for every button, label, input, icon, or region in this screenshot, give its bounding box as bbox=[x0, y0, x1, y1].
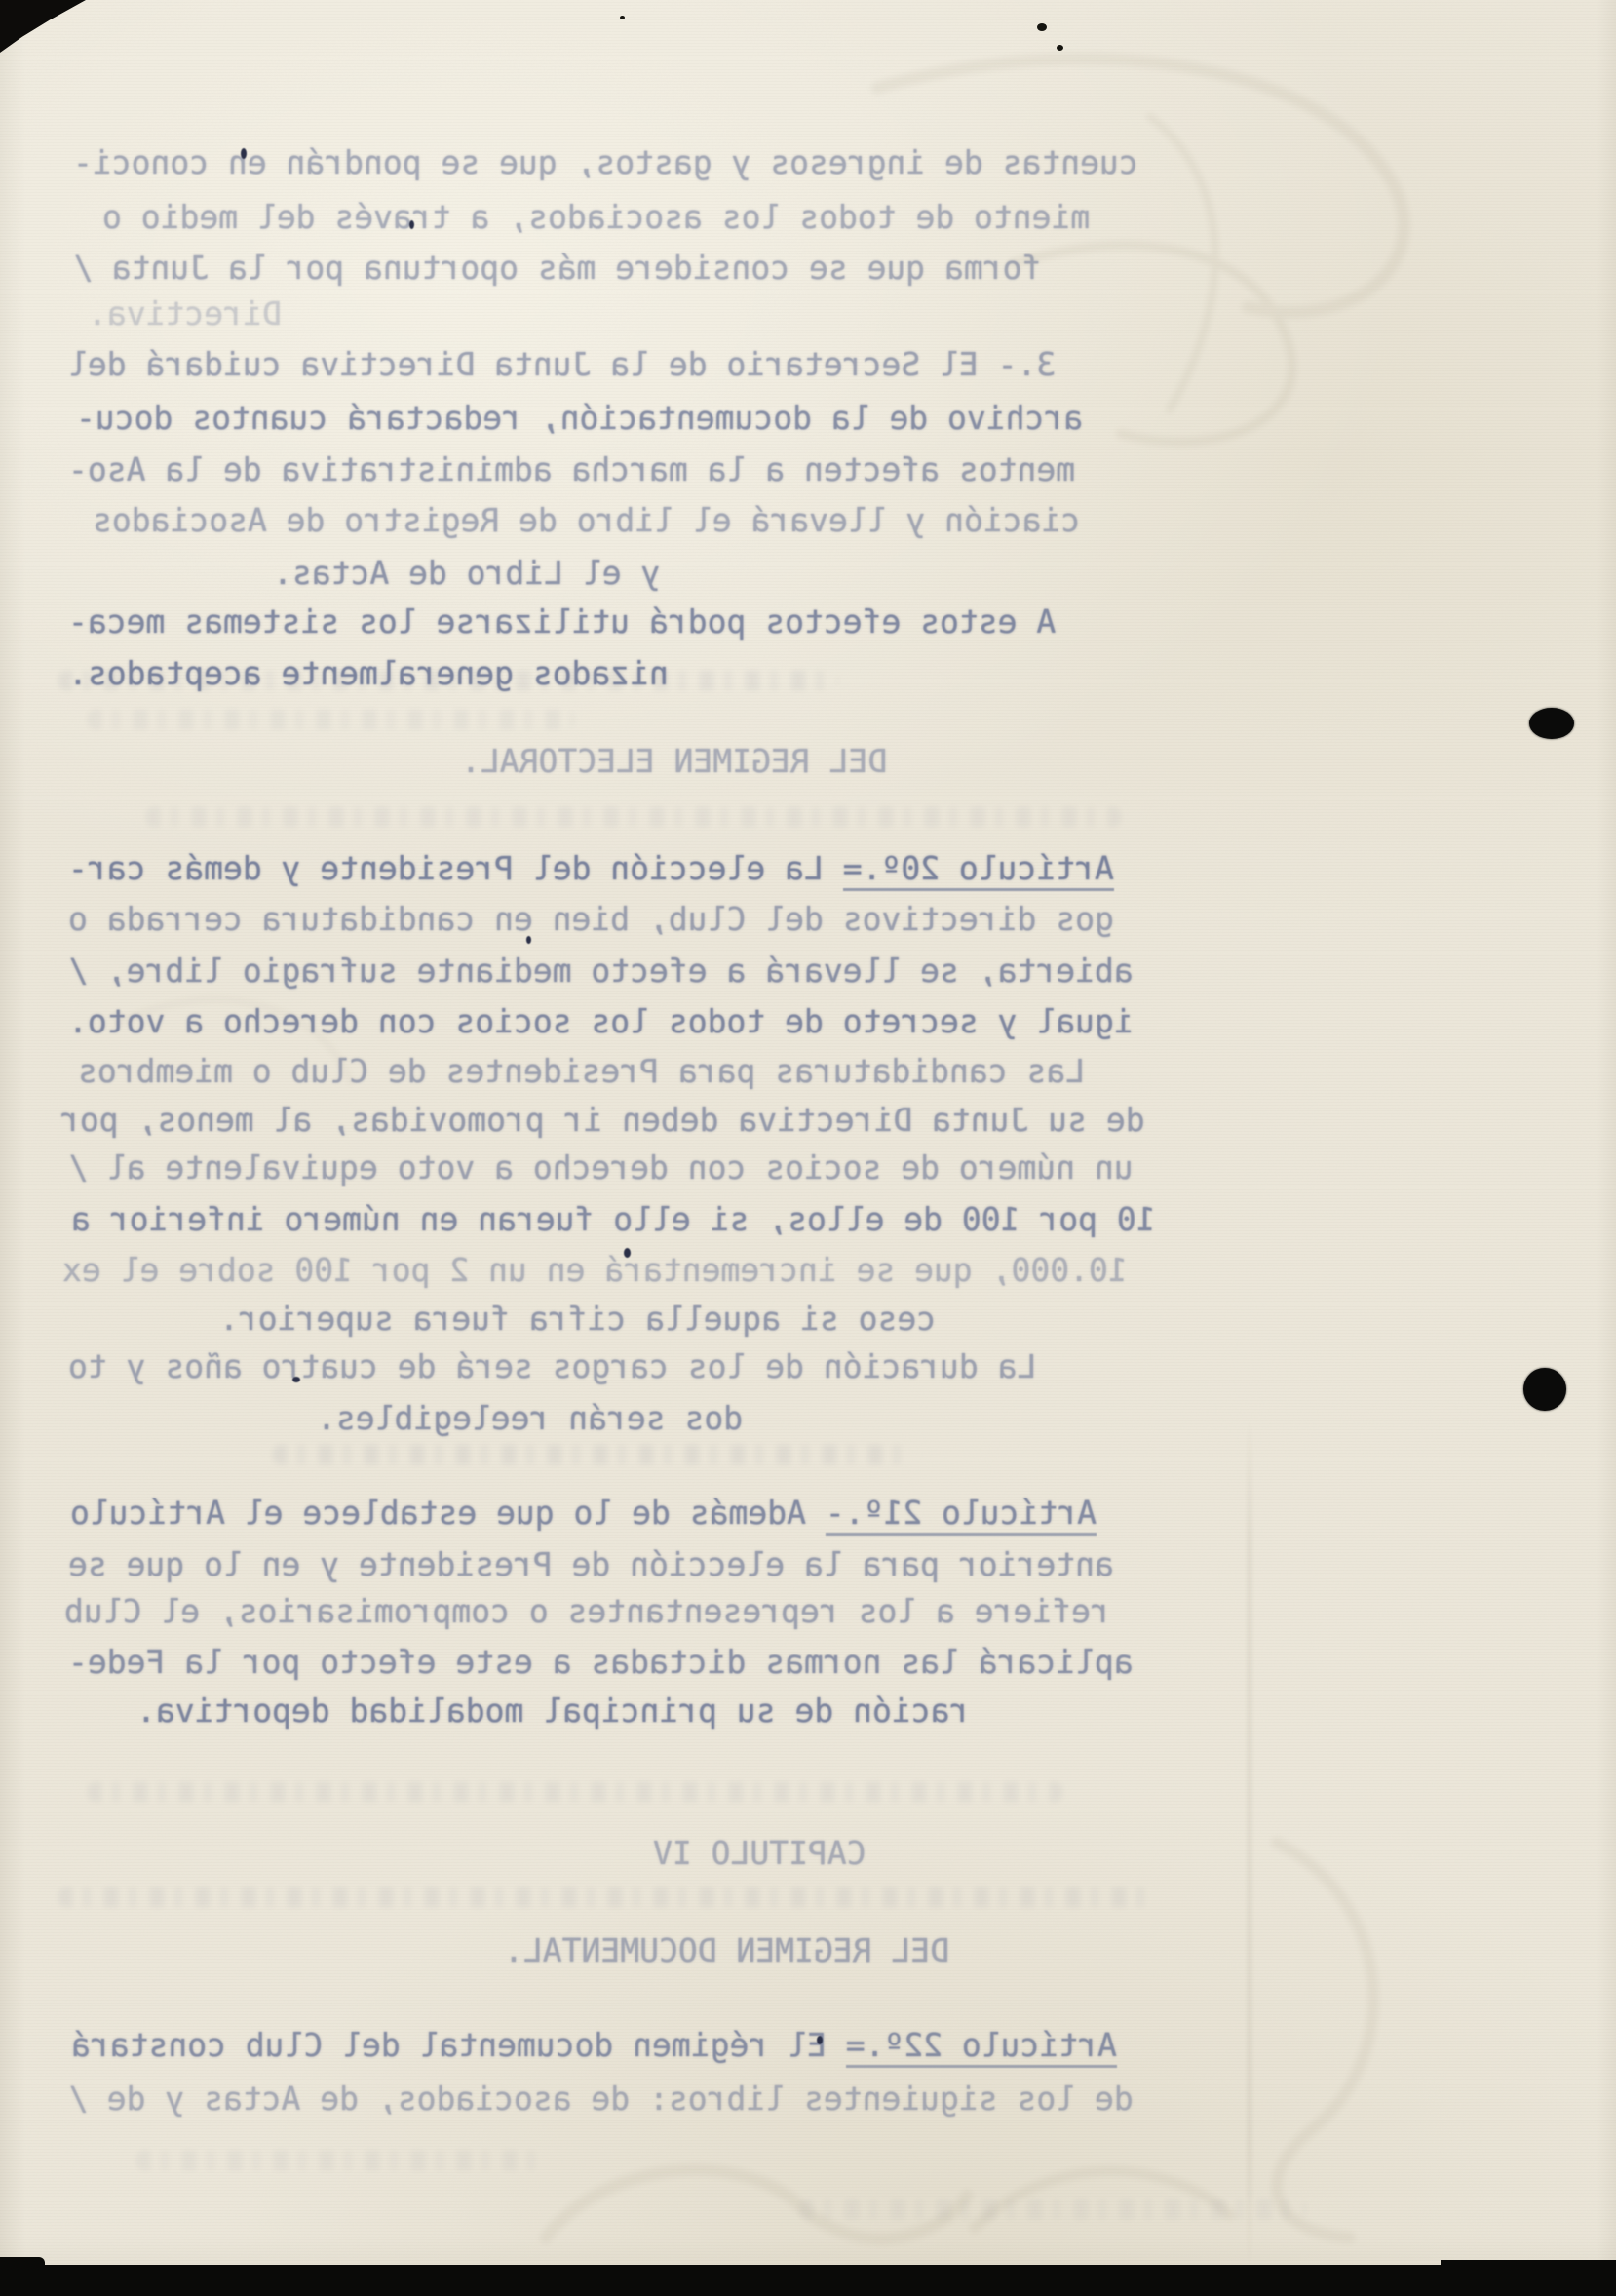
scanned-document-page: cuentas de ingresos y gastos, que se pon… bbox=[0, 0, 1616, 2296]
mirrored-typewritten-text-layer: cuentas de ingresos y gastos, que se pon… bbox=[0, 0, 1616, 2296]
typed-line: Las candidaturas para Presidentes de Clu… bbox=[78, 1055, 1085, 1088]
typed-line: DEL REGIMEN ELECTORAL. bbox=[461, 745, 887, 778]
typed-line: archivo de la documentación, redactará c… bbox=[76, 402, 1083, 435]
ink-speck bbox=[292, 1377, 300, 1382]
ink-speck bbox=[409, 220, 414, 229]
typed-line: mentos afecten a la marcha administrativ… bbox=[68, 453, 1075, 486]
underlined-article-number: Artículo 20º.= bbox=[843, 849, 1114, 891]
typed-line: CAPITULO IV bbox=[653, 1837, 866, 1870]
ink-speck bbox=[241, 148, 247, 159]
ink-speck bbox=[817, 2036, 823, 2044]
typed-line: 3.- El Secretario de la Junta Directiva … bbox=[68, 348, 1056, 381]
ink-speck bbox=[624, 1248, 631, 1258]
typed-line: de su Junta Directiva deben ir promovida… bbox=[60, 1104, 1145, 1137]
hole-punch-dot bbox=[1523, 1368, 1566, 1411]
typed-line: Artículo 20º.= La elección del President… bbox=[68, 852, 1114, 885]
typed-line: refiere a los representantes o compromis… bbox=[64, 1595, 1110, 1628]
typed-line: nizados generalmente aceptados. bbox=[68, 657, 669, 690]
typed-line: 10 por 100 de ellos, si ello fueran en n… bbox=[71, 1203, 1156, 1236]
typed-line: y el Libro de Actas. bbox=[273, 557, 660, 590]
typed-line: Artículo 21º.- Además de lo que establec… bbox=[70, 1497, 1097, 1530]
typed-line: Artículo 22º.= El régimen documental del… bbox=[71, 2029, 1117, 2062]
typed-line: ración de su principal modalidad deporti… bbox=[136, 1694, 969, 1728]
typed-line: 10.000, que se incrementará en un 2 por … bbox=[62, 1254, 1128, 1287]
typed-line: de los siguientes libros: de asociados, … bbox=[68, 2082, 1134, 2116]
typed-line: aplicará las normas dictadas a este efec… bbox=[68, 1646, 1134, 1679]
underlined-article-number: Artículo 22º.= bbox=[846, 2026, 1117, 2068]
typed-line: gos directivos del Club, bien en candida… bbox=[68, 903, 1114, 936]
edge-speck bbox=[1037, 23, 1047, 31]
scan-bottom-edge bbox=[0, 2265, 1616, 2296]
typed-line: un número de socios con derecho a voto e… bbox=[68, 1151, 1134, 1185]
typed-line-text: El régimen documental del Club constará bbox=[71, 2026, 846, 2064]
typed-line: anterior para la elección de Presidente … bbox=[68, 1548, 1114, 1581]
typed-line: DEL REGIMEN DOCUMENTAL. bbox=[504, 1934, 949, 1967]
typed-line: cuentas de ingresos y gastos, que se pon… bbox=[73, 146, 1138, 179]
typed-line: dos serán reelegibles. bbox=[317, 1402, 743, 1435]
ink-speck bbox=[526, 936, 531, 944]
underlined-article-number: Artículo 21º.- bbox=[826, 1494, 1097, 1536]
typed-line: ceso si aquella cifra fuera superior. bbox=[219, 1303, 936, 1336]
edge-speck bbox=[620, 16, 625, 19]
typed-line-text: La elección del Presidente y demás car- bbox=[68, 849, 843, 887]
typed-line: A estos efectos podrá utilizarse los sis… bbox=[68, 605, 1056, 639]
typed-line: La duración de los cargos será de cuatro… bbox=[68, 1350, 1036, 1383]
edge-speck bbox=[1057, 45, 1063, 51]
typed-line-text: Además de lo que establece el Artículo bbox=[70, 1494, 826, 1532]
typed-line: ciación y llevará el libro de Registro d… bbox=[93, 504, 1080, 537]
typed-line: abierta, se llevará a efecto mediante su… bbox=[68, 954, 1134, 988]
typed-line: Directiva. bbox=[88, 297, 282, 331]
typed-line: igual y secreto de todos los socios con … bbox=[68, 1005, 1134, 1038]
typed-line: forma que se considere más oportuna por … bbox=[73, 252, 1041, 285]
typed-line: miento de todos los asociados, a través … bbox=[102, 201, 1090, 234]
hole-punch-dot bbox=[1529, 708, 1574, 739]
